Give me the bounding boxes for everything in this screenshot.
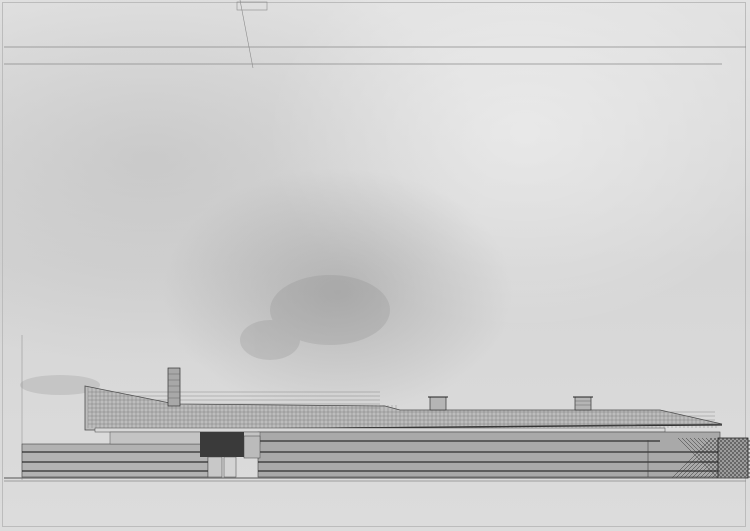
chimney-center (428, 397, 448, 410)
drawing-sheet (0, 0, 750, 531)
entrance (200, 432, 260, 477)
chimney-left (168, 368, 180, 406)
chimney-right (573, 397, 593, 410)
roof (85, 386, 722, 432)
elevation-drawing (0, 0, 750, 531)
wall-bands (22, 432, 720, 477)
ground-line (4, 478, 746, 481)
